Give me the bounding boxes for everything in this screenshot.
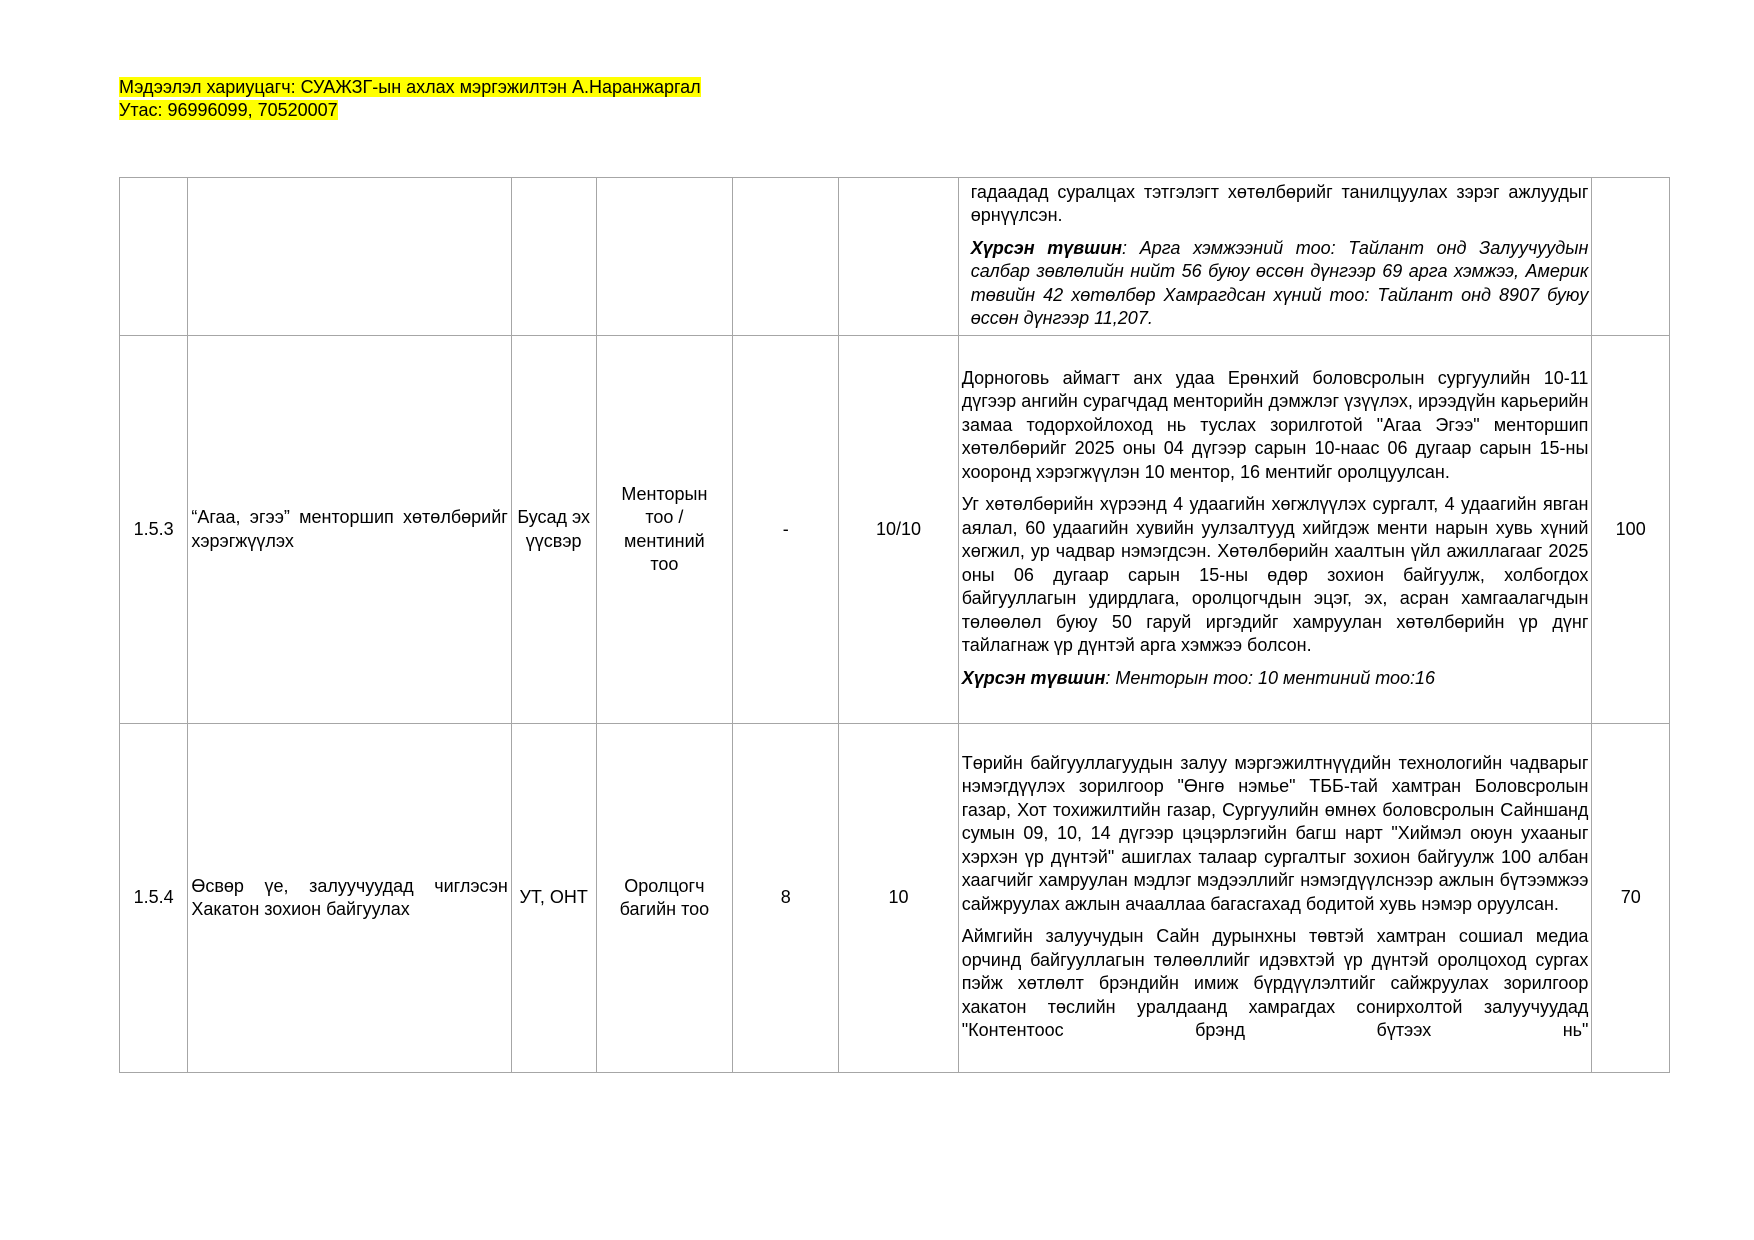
- table-row: гадаадад суралцах тэтгэлэгт хөтөлбөрийг …: [120, 178, 1670, 336]
- baseline: [733, 178, 839, 336]
- achieved-level: Хүрсэн түвшин: Менторын тоо: 10 ментиний…: [962, 667, 1589, 691]
- baseline: -: [733, 336, 839, 724]
- row-id: [120, 178, 188, 336]
- activity-name: “Агаа, эгээ” менторшип хөтөлбөрийг хэрэг…: [188, 336, 511, 724]
- description-paragraph: Аймгийн залуучудын Сайн дурынхны төвтэй …: [962, 925, 1589, 1043]
- activity-name: [188, 178, 511, 336]
- target: 10/10: [839, 336, 958, 724]
- description-paragraph: гадаадад суралцах тэтгэлэгт хөтөлбөрийг …: [971, 181, 1589, 228]
- row-id: 1.5.4: [120, 724, 188, 1073]
- achieved-label: Хүрсэн түвшин: [971, 238, 1122, 258]
- responsible-person: Мэдээлэл хариуцагч: СУАЖЗГ-ын ахлах мэрг…: [119, 77, 701, 97]
- funding-source: [511, 178, 596, 336]
- funding-source: УТ, ОНТ: [511, 724, 596, 1073]
- funding-source: Бусад эх үүсвэр: [511, 336, 596, 724]
- achieved-text: : Менторын тоо: 10 ментиний тоо:16: [1105, 668, 1435, 688]
- target: 10: [839, 724, 958, 1073]
- score: [1592, 178, 1670, 336]
- description: гадаадад суралцах тэтгэлэгт хөтөлбөрийг …: [958, 178, 1592, 336]
- contact-phone: Утас: 96996099, 70520007: [119, 100, 338, 120]
- score: 100: [1592, 336, 1670, 724]
- table-row: 1.5.3 “Агаа, эгээ” менторшип хөтөлбөрийг…: [120, 336, 1670, 724]
- target: [839, 178, 958, 336]
- baseline: 8: [733, 724, 839, 1073]
- description-paragraph: Төрийн байгууллагуудын залуу мэргэжилтнү…: [962, 752, 1589, 917]
- row-id: 1.5.3: [120, 336, 188, 724]
- achieved-level: Хүрсэн түвшин: Арга хэмжээний тоо: Тайла…: [971, 237, 1589, 331]
- score: 70: [1592, 724, 1670, 1073]
- report-table: гадаадад суралцах тэтгэлэгт хөтөлбөрийг …: [119, 177, 1670, 1073]
- activity-name: Өсвөр үе, залуучуудад чиглэсэн Хакатон з…: [188, 724, 511, 1073]
- description: Дорноговь аймагт анх удаа Ерөнхий боловс…: [958, 336, 1592, 724]
- table-row: 1.5.4 Өсвөр үе, залуучуудад чиглэсэн Хак…: [120, 724, 1670, 1073]
- indicator: [596, 178, 733, 336]
- description-paragraph: Уг хөтөлбөрийн хүрээнд 4 удаагийн хөгжлү…: [962, 493, 1589, 658]
- description: Төрийн байгууллагуудын залуу мэргэжилтнү…: [958, 724, 1592, 1073]
- document-header: Мэдээлэл хариуцагч: СУАЖЗГ-ын ахлах мэрг…: [119, 76, 701, 122]
- description-paragraph: Дорноговь аймагт анх удаа Ерөнхий боловс…: [962, 367, 1589, 485]
- indicator: Менторын тоо / ментиний тоо: [596, 336, 733, 724]
- achieved-label: Хүрсэн түвшин: [962, 668, 1106, 688]
- indicator: Оролцогч багийн тоо: [596, 724, 733, 1073]
